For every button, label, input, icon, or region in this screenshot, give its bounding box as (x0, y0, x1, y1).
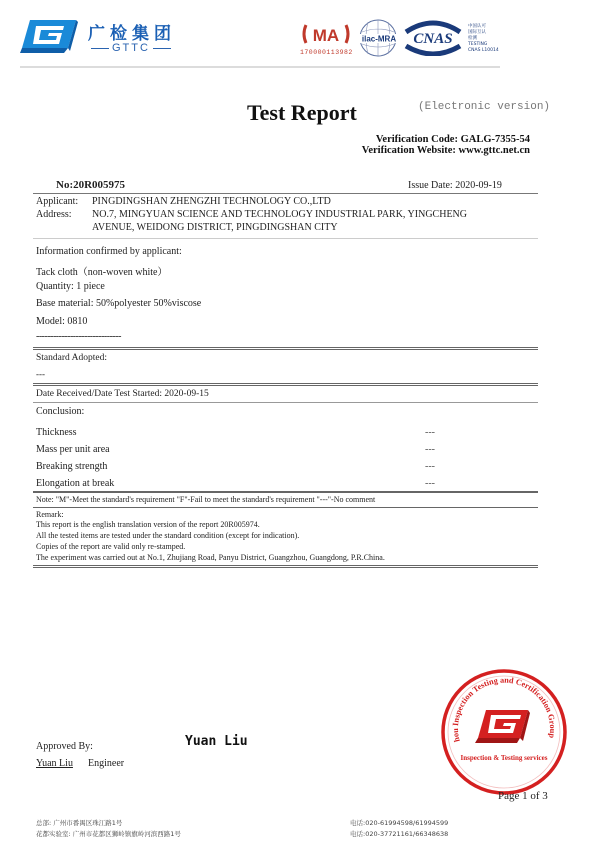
conclusion-item-name: Elongation at break (36, 478, 114, 489)
standard-label: Standard Adopted: (36, 353, 107, 363)
remark-label: Remark: (36, 510, 64, 519)
applicant-label: Applicant: (36, 196, 78, 207)
double-divider (33, 383, 538, 386)
cnas-logo-icon: CNAS (398, 20, 468, 56)
brand-english-name: GTTC (88, 42, 174, 54)
svg-text:ilac-MRA: ilac-MRA (362, 35, 396, 44)
info-line: ------------------------------ (36, 331, 121, 342)
info-heading: Information confirmed by applicant: (36, 246, 182, 257)
double-divider (33, 565, 538, 568)
divider (33, 193, 538, 194)
remark-line: Copies of the report are valid only re-s… (36, 542, 185, 551)
ilac-mra-logo-icon: ilac-MRA (358, 18, 400, 58)
verification-code: Verification Code: GALG-7355-54 (362, 134, 530, 145)
address-line-2: AVENUE, WEIDONG DISTRICT, PINGDINGSHAN C… (92, 222, 338, 233)
conclusion-item-result: --- (425, 444, 435, 455)
date-received: Date Received/Date Test Started: 2020-09… (36, 389, 209, 399)
svg-text:Inspection & Testing services: Inspection & Testing services (461, 754, 548, 762)
footer-phone-hq: 电话:020-61994598/61994599 (350, 818, 448, 827)
divider (33, 491, 538, 493)
conclusion-item-result: --- (425, 478, 435, 489)
divider (33, 402, 538, 403)
electronic-version-label: (Electronic version) (418, 101, 550, 113)
gttc-logo-icon (20, 18, 78, 54)
remark-line: The experiment was carried out at No.1, … (36, 553, 385, 562)
address-label: Address: (36, 209, 72, 220)
page-number: Page 1 of 3 (498, 790, 548, 802)
approver-title: Engineer (88, 758, 124, 769)
conclusion-item-name: Mass per unit area (36, 444, 110, 455)
issue-date: Issue Date: 2020-09-19 (408, 180, 502, 191)
report-number: No:20R005975 (56, 179, 125, 191)
info-line: Base material: 50%polyester 50%viscose (36, 298, 201, 309)
verification-block: Verification Code: GALG-7355-54 Verifica… (362, 134, 530, 156)
standard-value: --- (36, 369, 45, 379)
double-divider (33, 347, 538, 350)
cma-logo-icon: MA (300, 22, 352, 46)
company-seal-stamp-icon: Guangzhou Inspection Testing and Certifi… (440, 668, 568, 796)
info-line: Tack cloth（non-woven white） (36, 263, 168, 278)
footer-address-hq: 总部: 广州市番禺区珠江路1号 (36, 818, 122, 827)
address-line-1: NO.7, MINGYUAN SCIENCE AND TECHNOLOGY IN… (92, 209, 467, 220)
remark-line: All the tested items are tested under th… (36, 531, 299, 540)
conclusion-label: Conclusion: (36, 406, 84, 417)
approver-name: Yuan Liu (36, 758, 73, 769)
cnas-line: CNAS L10014 (468, 48, 499, 54)
signature: Yuan Liu (185, 734, 248, 749)
conclusion-item-result: --- (425, 427, 435, 438)
footer-address-lab: 花都实验室: 广州市花都区狮岭镇旗岭河滨西路1号 (36, 829, 181, 838)
cma-number: 170000113982 (300, 49, 353, 56)
divider (33, 238, 538, 239)
conclusion-item-name: Breaking strength (36, 461, 107, 472)
approved-by-label: Approved By: (36, 741, 93, 752)
svg-text:MA: MA (313, 26, 339, 45)
verification-website: Verification Website: www.gttc.net.cn (362, 145, 530, 156)
note-text: Note: "M"-Meet the standard's requiremen… (36, 495, 375, 504)
cnas-accreditation-text: 中国认可 国际互认 检测 TESTING CNAS L10014 (468, 24, 499, 54)
conclusion-item-result: --- (425, 461, 435, 472)
report-title: Test Report (247, 100, 357, 126)
remark-line: This report is the english translation v… (36, 520, 260, 529)
divider (33, 507, 538, 508)
brand-chinese-name: 广检集团 (88, 19, 176, 44)
applicant-value: PINGDINGSHAN ZHENGZHI TECHNOLOGY CO.,LTD (92, 196, 331, 207)
info-line: Quantity: 1 piece (36, 281, 105, 292)
header-divider (20, 66, 500, 68)
footer-phone-lab: 电话:020-37721161/66348638 (350, 829, 448, 838)
conclusion-item-name: Thickness (36, 427, 77, 438)
svg-text:CNAS: CNAS (413, 31, 452, 47)
info-line: Model: 0810 (36, 316, 87, 327)
brand-gttc-text: GTTC (112, 42, 150, 54)
